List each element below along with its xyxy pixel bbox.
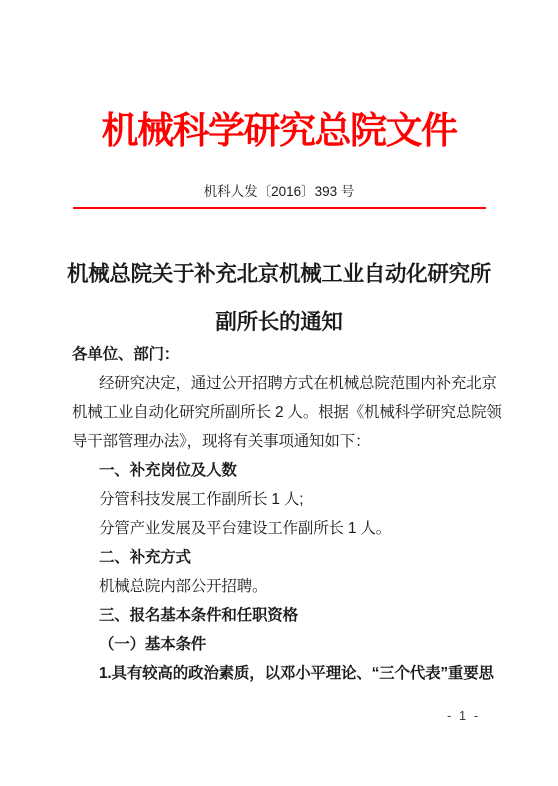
body-line: （一）基本条件 <box>72 630 517 659</box>
notice-title-line1: 机械总院关于补充北京机械工业自动化研究所 <box>34 250 524 298</box>
notice-title: 机械总院关于补充北京机械工业自动化研究所 副所长的通知 <box>34 250 524 346</box>
body-line: 1.具有较高的政治素质，以邓小平理论、“三个代表”重要思 <box>72 659 517 688</box>
red-divider-line <box>73 207 486 209</box>
body-line: 三、报名基本条件和任职资格 <box>72 601 517 630</box>
salutation: 各单位、部门： <box>72 340 517 369</box>
body-line: 机械工业自动化研究所副所长 2 人。根据《机械科学研究总院领 <box>72 398 517 427</box>
page-number: - 1 - <box>420 708 507 723</box>
body-line: 分管科技发展工作副所长 1 人; <box>72 485 517 514</box>
body-line: 经研究决定，通过公开招聘方式在机械总院范围内补充北京 <box>72 369 517 398</box>
body-line: 分管产业发展及平台建设工作副所长 1 人。 <box>72 514 517 543</box>
document-header-title: 机械科学研究总院文件 <box>0 100 558 154</box>
body-line: 导干部管理办法》，现将有关事项通知如下： <box>72 427 517 456</box>
body-line: 机械总院内部公开招聘。 <box>72 572 517 601</box>
body-line: 一、补充岗位及人数 <box>72 456 517 485</box>
body-lines: 经研究决定，通过公开招聘方式在机械总院范围内补充北京机械工业自动化研究所副所长 … <box>72 369 517 688</box>
body-line: 二、补充方式 <box>72 543 517 572</box>
document-page: 机械科学研究总院文件 机科人发〔2016〕393 号 机械总院关于补充北京机械工… <box>0 0 558 786</box>
document-number: 机科人发〔2016〕393 号 <box>0 180 558 200</box>
notice-title-line2: 副所长的通知 <box>34 298 524 346</box>
notice-body: 各单位、部门： 经研究决定，通过公开招聘方式在机械总院范围内补充北京机械工业自动… <box>72 340 517 688</box>
